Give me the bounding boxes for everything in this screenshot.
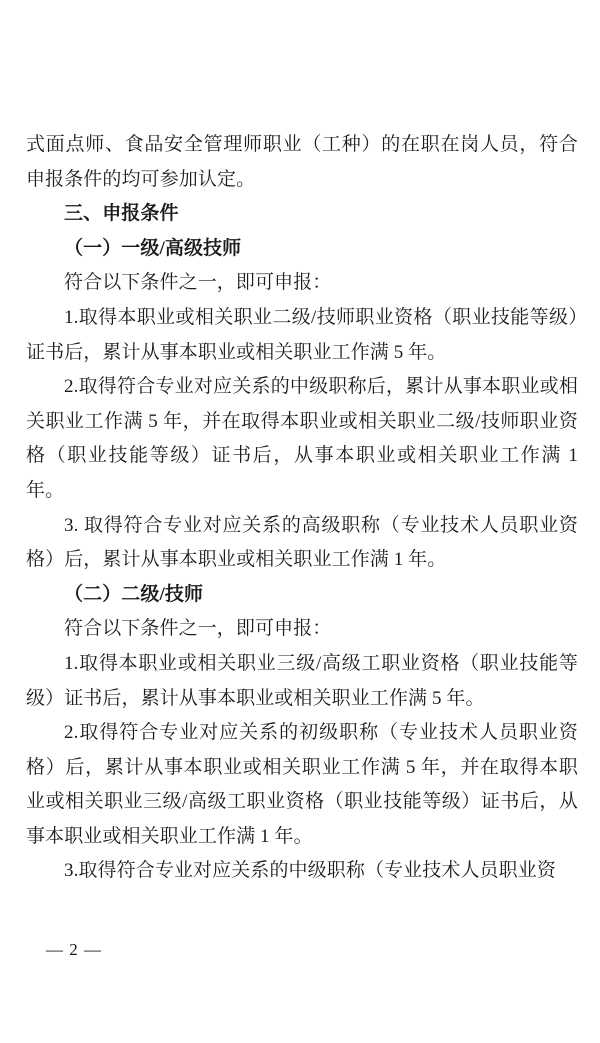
paragraph-intro-level2: 符合以下条件之一，即可申报： xyxy=(26,612,578,647)
paragraph-level2-condition-2: 2.取得符合专业对应关系的初级职称（专业技术人员职业资格）后，累计从事本职业或相… xyxy=(26,716,578,854)
sub-heading-level-1-senior-technician: （一）一级/高级技师 xyxy=(26,232,578,267)
sub-heading-level-2-technician: （二）二级/技师 xyxy=(26,578,578,613)
paragraph-level1-condition-3: 3. 取得符合专业对应关系的高级职称（专业技术人员职业资格）后，累计从事本职业或… xyxy=(26,509,578,578)
page-number: — 2 — xyxy=(46,938,102,962)
paragraph-level2-condition-3-cutoff: 3.取得符合专业对应关系的中级职称（专业技术人员职业资 xyxy=(26,854,578,889)
document-page: 式面点师、食品安全管理师职业（工种）的在职在岗人员，符合申报条件的均可参加认定。… xyxy=(0,0,600,1043)
section-heading-3: 三、申报条件 xyxy=(26,197,578,232)
paragraph-level1-condition-2: 2.取得符合专业对应关系的中级职称后，累计从事本职业或相关职业工作满 5 年，并… xyxy=(26,370,578,508)
document-text-block: 式面点师、食品安全管理师职业（工种）的在职在岗人员，符合申报条件的均可参加认定。… xyxy=(26,128,578,889)
paragraph-intro-level1: 符合以下条件之一，即可申报： xyxy=(26,266,578,301)
paragraph-level1-condition-1: 1.取得本职业或相关职业二级/技师职业资格（职业技能等级）证书后，累计从事本职业… xyxy=(26,301,578,370)
paragraph-level2-condition-1: 1.取得本职业或相关职业三级/高级工职业资格（职业技能等级）证书后，累计从事本职… xyxy=(26,647,578,716)
paragraph-continuation: 式面点师、食品安全管理师职业（工种）的在职在岗人员，符合申报条件的均可参加认定。 xyxy=(26,128,578,197)
